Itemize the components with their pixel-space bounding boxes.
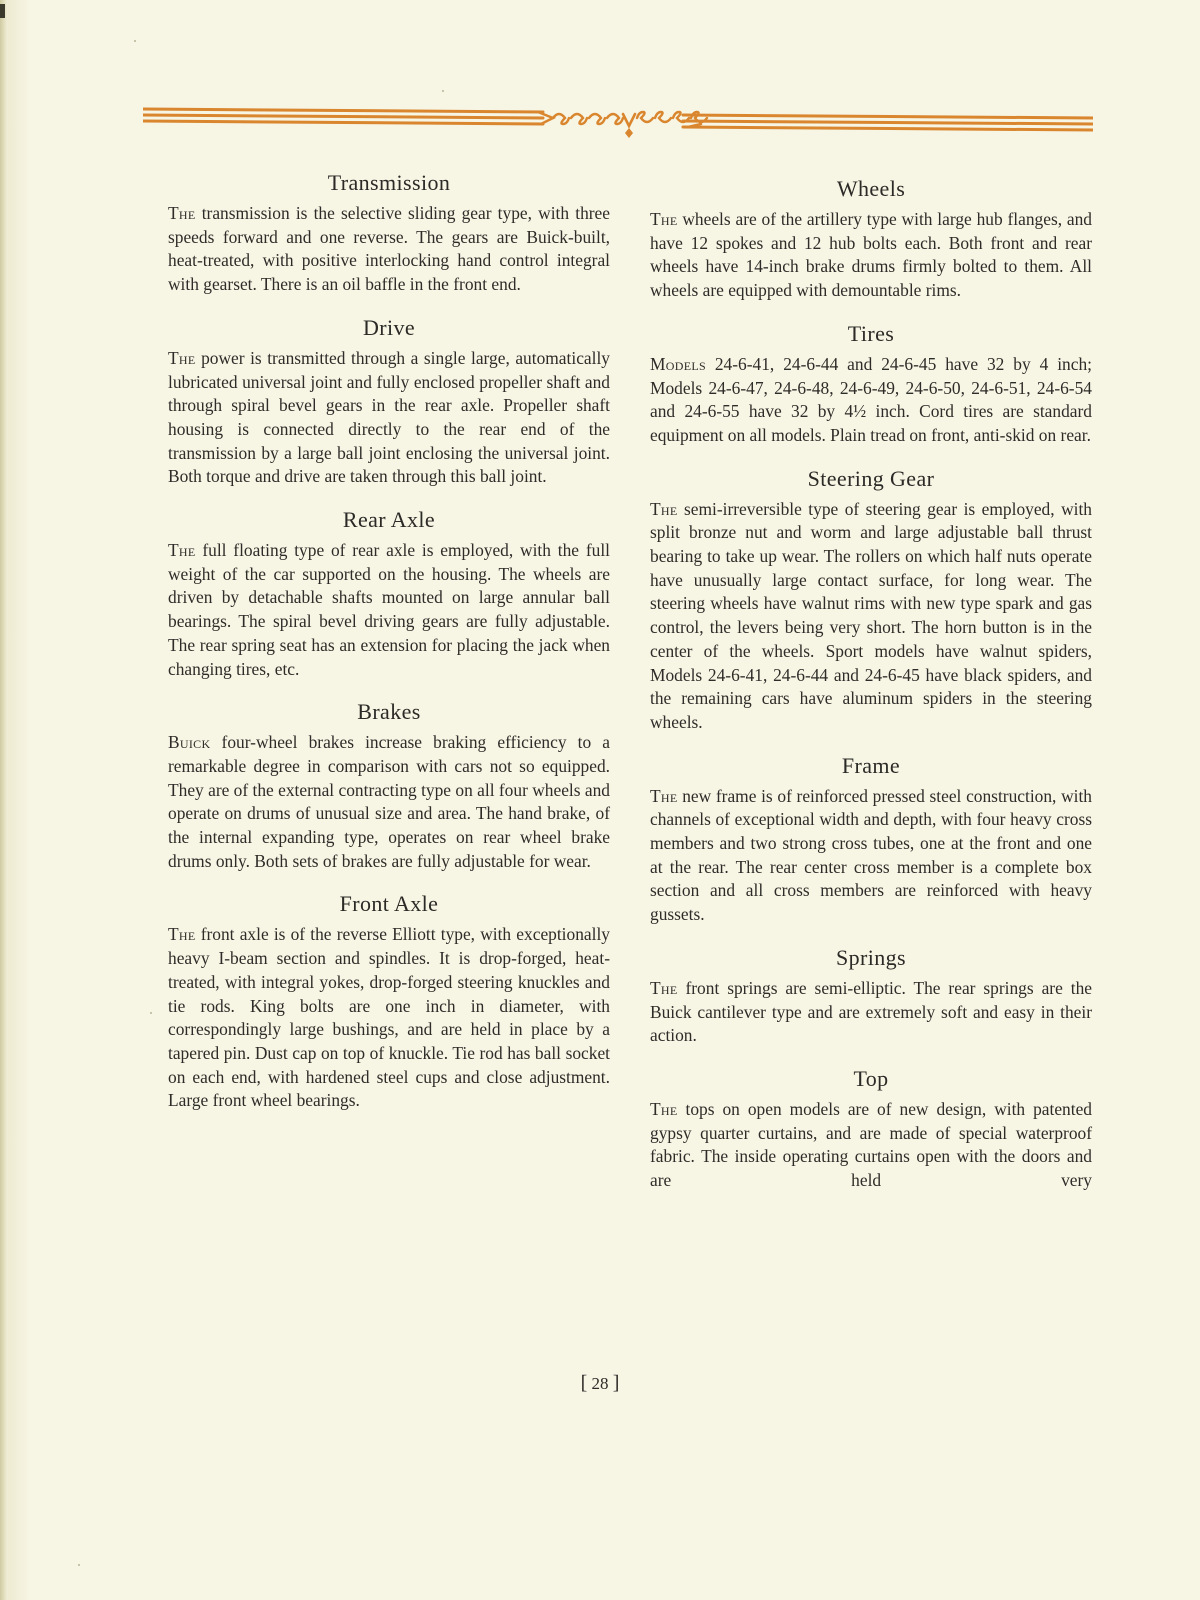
- body-text: tops on open models are of new design, w…: [650, 1099, 1092, 1190]
- bracket-close: ]: [613, 1372, 620, 1394]
- body-text: full floating type of rear axle is emplo…: [168, 540, 610, 679]
- body-text: 24-6-41, 24-6-44 and 24-6-45 have 32 by …: [650, 354, 1092, 445]
- section-body: Models 24-6-41, 24-6-44 and 24-6-45 have…: [650, 353, 1092, 448]
- body-text: front springs are semi-elliptic. The rea…: [650, 978, 1092, 1045]
- section-heading: Frame: [650, 753, 1092, 779]
- section-heading: Wheels: [650, 176, 1092, 202]
- section-tires: Tires Models 24-6-41, 24-6-44 and 24-6-4…: [650, 321, 1092, 448]
- section-frame: Frame The new frame is of reinforced pre…: [650, 753, 1092, 927]
- body-text: transmission is the selective sliding ge…: [168, 203, 610, 294]
- page-binding-edge: [0, 0, 8, 1600]
- body-text: wheels are of the artillery type with la…: [650, 209, 1092, 300]
- body-text: power is transmitted through a single la…: [168, 348, 610, 487]
- section-drive: Drive The power is transmitted through a…: [168, 315, 610, 489]
- right-column: Wheels The wheels are of the artillery t…: [650, 176, 1092, 1193]
- section-springs: Springs The front springs are semi-ellip…: [650, 945, 1092, 1048]
- section-heading: Steering Gear: [650, 466, 1092, 492]
- left-column: Transmission The transmission is the sel…: [168, 170, 610, 1113]
- body-text: four-wheel brakes increase braking effic…: [168, 732, 610, 871]
- page-gutter-shadow: [8, 0, 30, 1600]
- section-transmission: Transmission The transmission is the sel…: [168, 170, 610, 297]
- paper-speck: [442, 90, 444, 92]
- section-heading: Rear Axle: [168, 507, 610, 533]
- ornamental-header-rule: [143, 104, 1093, 140]
- section-rear-axle: Rear Axle The full floating type of rear…: [168, 507, 610, 681]
- lead-word: The: [168, 540, 196, 560]
- body-text: front axle is of the reverse Elliott typ…: [168, 924, 610, 1110]
- section-body: The semi-irreversible type of steering g…: [650, 498, 1092, 735]
- section-body: Buick four-wheel brakes increase braking…: [168, 731, 610, 873]
- section-body: The wheels are of the artillery type wit…: [650, 208, 1092, 303]
- page-number-value: 28: [592, 1374, 609, 1393]
- section-body: The front springs are semi-elliptic. The…: [650, 977, 1092, 1048]
- lead-word: The: [650, 499, 678, 519]
- section-heading: Brakes: [168, 699, 610, 725]
- lead-word: The: [168, 203, 196, 223]
- section-heading: Tires: [650, 321, 1092, 347]
- section-body: The power is transmitted through a singl…: [168, 347, 610, 489]
- lead-word: The: [650, 786, 678, 806]
- lead-word: The: [650, 209, 678, 229]
- section-top: Top The tops on open models are of new d…: [650, 1066, 1092, 1193]
- scroll-ornament-icon: [143, 104, 1093, 140]
- section-steering-gear: Steering Gear The semi-irreversible type…: [650, 466, 1092, 735]
- paper-speck: [150, 1012, 152, 1014]
- section-heading: Springs: [650, 945, 1092, 971]
- lead-word: Buick: [168, 732, 210, 752]
- section-heading: Drive: [168, 315, 610, 341]
- lead-word: The: [650, 1099, 678, 1119]
- section-body: The full floating type of rear axle is e…: [168, 539, 610, 681]
- section-heading: Front Axle: [168, 891, 610, 917]
- body-text: semi-irreversible type of steering gear …: [650, 499, 1092, 732]
- page-number: [ 28 ]: [0, 1372, 1200, 1395]
- section-heading: Transmission: [168, 170, 610, 196]
- section-body: The front axle is of the reverse Elliott…: [168, 923, 610, 1113]
- binding-mark: [0, 4, 5, 18]
- paper-speck: [134, 40, 136, 42]
- lead-word: The: [168, 348, 196, 368]
- body-text: new frame is of reinforced pressed steel…: [650, 786, 1092, 925]
- bracket-open: [: [581, 1372, 588, 1394]
- section-wheels: Wheels The wheels are of the artillery t…: [650, 176, 1092, 303]
- lead-word: Models: [650, 354, 706, 374]
- paper-speck: [78, 1564, 80, 1566]
- section-body: The new frame is of reinforced pressed s…: [650, 785, 1092, 927]
- section-heading: Top: [650, 1066, 1092, 1092]
- lead-word: The: [650, 978, 678, 998]
- lead-word: The: [168, 924, 196, 944]
- section-body: The tops on open models are of new desig…: [650, 1098, 1092, 1193]
- section-brakes: Brakes Buick four-wheel brakes increase …: [168, 699, 610, 873]
- section-body: The transmission is the selective slidin…: [168, 202, 610, 297]
- section-front-axle: Front Axle The front axle is of the reve…: [168, 891, 610, 1113]
